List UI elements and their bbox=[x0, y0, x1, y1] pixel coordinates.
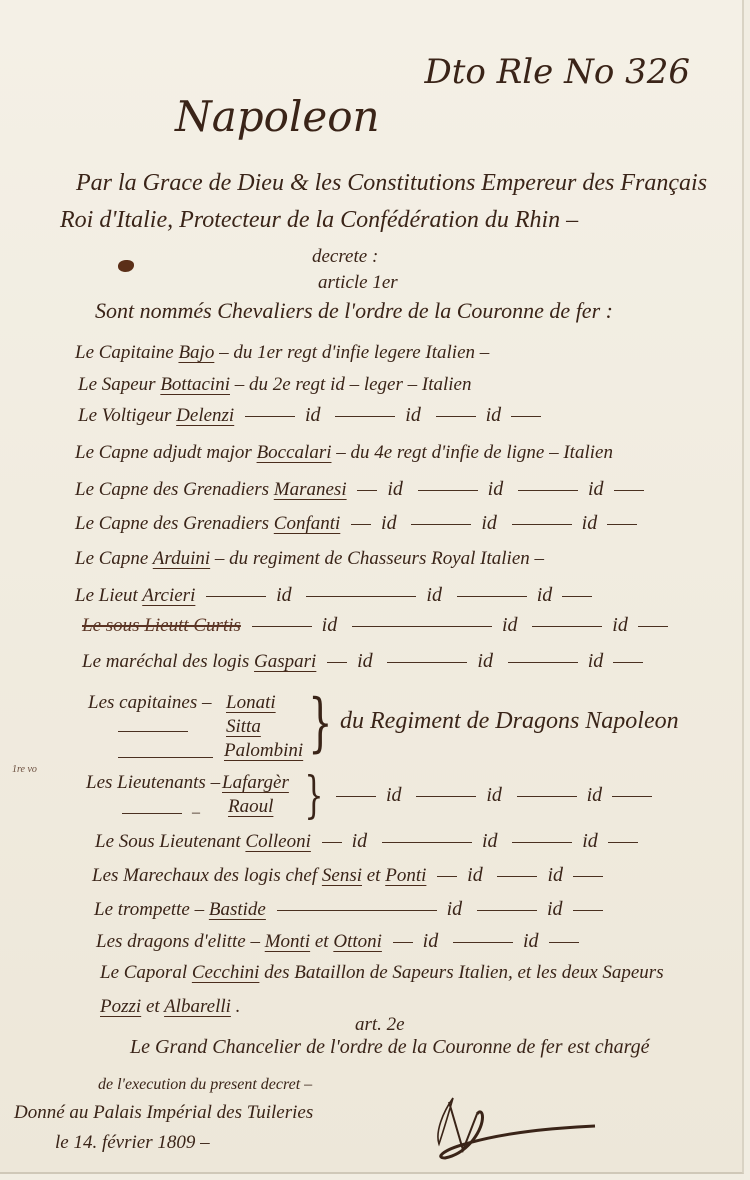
intro-line: Sont nommés Chevaliers de l'ordre de la … bbox=[95, 298, 613, 324]
sapeurs-line: Pozzi et Albarelli . bbox=[100, 996, 240, 1018]
knight-name: Cecchini bbox=[192, 962, 260, 983]
captains-label: Les capitaines – bbox=[88, 692, 212, 714]
knight-name: Lafargèr bbox=[222, 772, 289, 794]
knight-name: Bottacini bbox=[160, 374, 230, 395]
appointment-row: Le Sapeur Bottacini – du 2e regt id – le… bbox=[78, 374, 471, 396]
appointment-row: Le Sous Lieutenant Colleoni id id id bbox=[95, 830, 644, 853]
knight-name: Confanti bbox=[274, 513, 341, 534]
knight-name: Gaspari bbox=[254, 651, 316, 672]
knight-name: Bajo bbox=[178, 342, 214, 363]
knight-name: Bastide bbox=[209, 899, 266, 920]
article-2-line-2: de l'execution du present decret – bbox=[98, 1076, 312, 1094]
knight-name: Ponti bbox=[385, 865, 426, 886]
appointment-row: Le Capne Arduini – du regiment de Chasse… bbox=[75, 548, 544, 570]
knight-name: Palombini bbox=[224, 740, 303, 762]
article-1-label: article 1er bbox=[318, 272, 398, 294]
appointment-row-struck: Le sous Lieutt Curtis id id id bbox=[82, 614, 674, 637]
caporal-line: Le Caporal Cecchini des Bataillon de Sap… bbox=[100, 962, 664, 984]
decree-label: decrete : bbox=[312, 246, 378, 268]
appointment-row: Le Lieut Arcieri id id id bbox=[75, 584, 598, 607]
knight-name: Maranesi bbox=[274, 479, 347, 500]
appointment-row: Le Capne adjudt major Boccalari – du 4e … bbox=[75, 442, 613, 464]
knight-name: Ottoni bbox=[333, 931, 382, 952]
appointment-row: Les Marechaux des logis chef Sensi et Po… bbox=[92, 864, 609, 887]
ink-blot bbox=[118, 260, 134, 272]
document-title: Napoleon bbox=[175, 92, 380, 141]
appointment-row: Le Voltigeur Delenzi id id id bbox=[78, 404, 547, 427]
date-line: le 14. février 1809 – bbox=[55, 1132, 210, 1154]
manuscript-page: Dto Rle No 326 Napoleon Par la Grace de … bbox=[0, 0, 744, 1174]
knight-name: Monti bbox=[265, 931, 310, 952]
knight-name: Arcieri bbox=[142, 585, 195, 606]
preamble-line-1: Par la Grace de Dieu & les Constitutions… bbox=[76, 170, 707, 197]
article-2-line-1: Le Grand Chancelier de l'ordre de la Cou… bbox=[130, 1036, 650, 1059]
knight-name: Lonati bbox=[226, 692, 276, 714]
knight-name: Sitta bbox=[226, 716, 261, 738]
napoleon-signature: N bbox=[425, 1092, 625, 1167]
ditto-row: id id id bbox=[330, 784, 658, 807]
article-2-label: art. 2e bbox=[355, 1014, 405, 1036]
knight-name: Arduini bbox=[153, 548, 210, 569]
brace: } bbox=[308, 686, 332, 760]
given-at-line: Donné au Palais Impérial des Tuileries bbox=[14, 1102, 313, 1124]
brace: } bbox=[304, 766, 323, 824]
appointment-row: Le Capitaine Bajo – du 1er regt d'infie … bbox=[75, 342, 489, 364]
dragoon-regiment: du Regiment de Dragons Napoleon bbox=[340, 708, 679, 735]
appointment-row: Le Capne des Grenadiers Maranesi id id i… bbox=[75, 478, 650, 501]
lieutenants-label: Les Lieutenants – bbox=[86, 772, 220, 794]
appointment-row: Le maréchal des logis Gaspari id id id bbox=[82, 650, 649, 673]
knight-name: Sensi bbox=[322, 865, 362, 886]
knight-name: Albarelli bbox=[164, 996, 231, 1017]
knight-name: Raoul bbox=[228, 796, 273, 818]
preamble-line-2: Roi d'Italie, Protecteur de la Confédéra… bbox=[60, 207, 578, 234]
knight-name: Pozzi bbox=[100, 996, 141, 1017]
knight-name: Boccalari bbox=[257, 442, 332, 463]
appointment-row: Le Capne des Grenadiers Confanti id id i… bbox=[75, 512, 643, 535]
knight-name: Colleoni bbox=[245, 831, 310, 852]
knight-name: Delenzi bbox=[176, 405, 234, 426]
margin-mark: 1re vo bbox=[12, 764, 37, 775]
appointment-row: Les dragons d'elitte – Monti et Ottoni i… bbox=[96, 930, 585, 953]
document-reference: Dto Rle No 326 bbox=[424, 52, 690, 92]
appointment-row: Le trompette – Bastide id id bbox=[94, 898, 609, 921]
